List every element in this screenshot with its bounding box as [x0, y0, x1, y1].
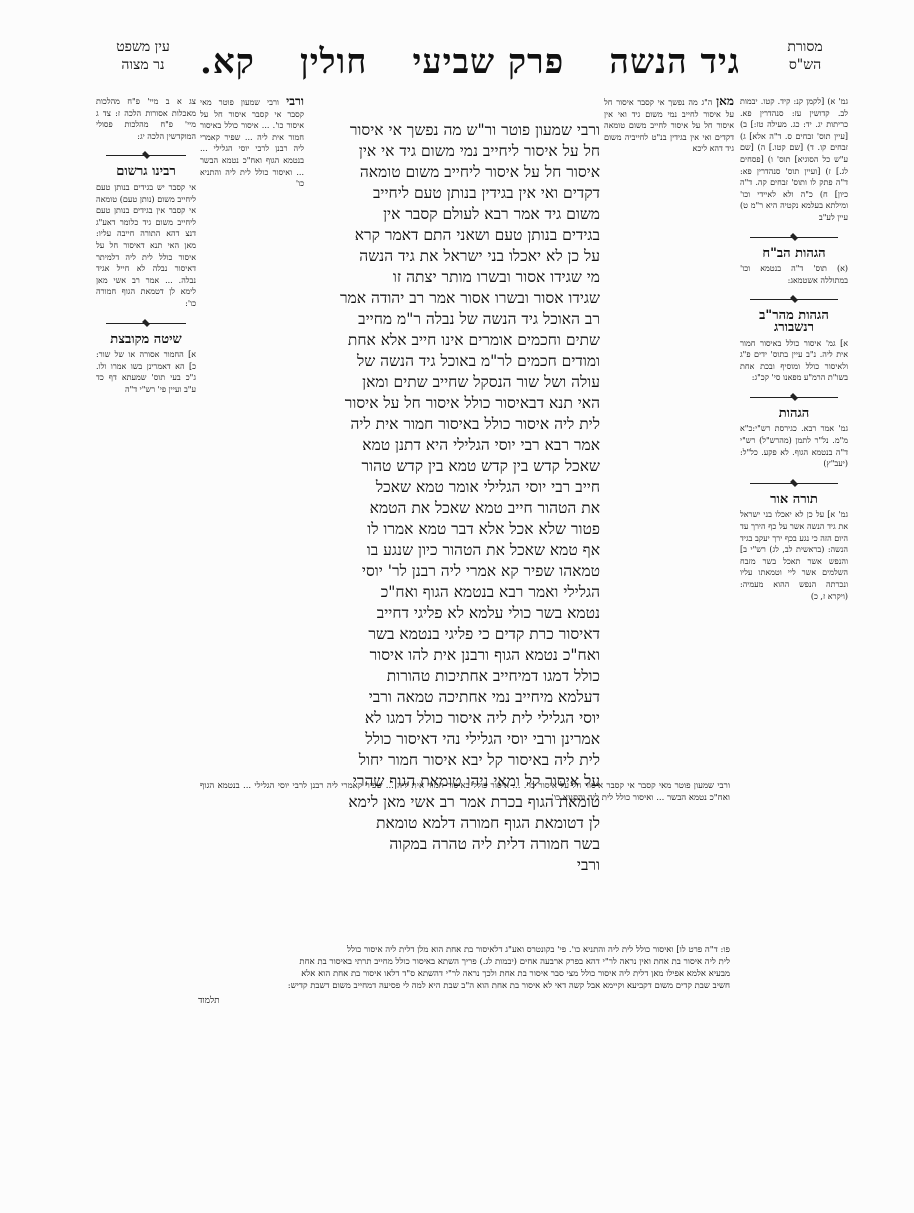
torah-or-text: גמ' א] על כן לא יאכלו בני ישראל את גיד ה… — [740, 509, 848, 602]
gemara-line: יוסי הגלילי לית ליה איסור כולל דמגו לא — [308, 708, 600, 729]
hagahot-habach-title: הגהות הב"ח — [740, 248, 848, 260]
bottom-commentary: פו: ד"ה פרט לו] ואיסור כולל לית ליה והתנ… — [196, 944, 730, 994]
bottom-line: לית ליה איסור בת אחת ואין נראה לר"י דהא … — [196, 956, 730, 968]
rabbeinu-gershom-title: רבינו גרשום — [96, 166, 196, 178]
ein-mishpat-text: צג א ב מיי' פ"ח מהלכות מאכלות אסורות הלכ… — [96, 96, 196, 142]
catchword-footer: תלמוד — [198, 995, 220, 1006]
gemara-text: ורבי שמעון פוטר ור"ש מה נפשך אי איסור חל… — [308, 120, 600, 876]
gemara-line: שתים וחכמים אומרים אינו חייב אלא אחת — [308, 330, 600, 351]
gemara-line: ומודים חכמים לר"מ באוכל גיד הנשה של — [308, 351, 600, 372]
gemara-line: אמר רבא רבי יוסי הגלילי היא דתנן טמא — [308, 435, 600, 456]
rashi-text: מאן ה"ג מה נפשך אי קסבר איסור חל על איסו… — [604, 96, 734, 155]
bottom-line: חשיב שבת קדים משום דקביעא וקיימא אבל קשה… — [196, 980, 730, 992]
masoret-title-line-2: הש"ס — [760, 56, 850, 74]
gemara-line: חל על איסור ליחייב נמי משום גיד אי אין — [308, 141, 600, 162]
gemara-line: בגידים בנותן טעם ושאני התם דאמר קרא — [308, 225, 600, 246]
gemara-line: כולל דמגו דמיחייב אחתיכות טהורות — [308, 666, 600, 687]
hagahot-habach-text: (א) תוס' ד"ה בנטמא וכו' במתוללה אשטמאג: — [740, 263, 848, 286]
gemara-line: האי תנא דבאיסור כולל איסור חל על איסור — [308, 393, 600, 414]
gemara-line: עולה ושל שור הנסקל שחייב שתים ומאן — [308, 372, 600, 393]
chapter-name: גיד הנשה — [609, 42, 740, 82]
daf-number: קא. — [200, 42, 255, 82]
bottom-line: פו: ד"ה פרט לו] ואיסור כולל לית ליה והתנ… — [196, 944, 730, 956]
masoret-title-line-1: מסורת — [760, 38, 850, 56]
gemara-line: שגידו אסור ובשרו אסור אמר רב יהודה אמר — [308, 288, 600, 309]
gemara-line: דאיסור כרת קדים כי פליגי בנטמא בשר — [308, 624, 600, 645]
ein-mishpat-title-line-2: נר מצוה — [98, 56, 188, 74]
bottom-line: מבעיא אלמא אפילו מאן דלית ליה איסור כולל… — [196, 968, 730, 980]
shita-mekubetzet-title: שיטה מקובצת — [96, 334, 196, 346]
hagahot-maharav-text: א] גמ' איסור כולל באיסור חמור אית ליה. נ… — [740, 338, 848, 384]
talmud-page: מסורת הש"ס גיד הנשה פרק שביעי חולין קא. … — [0, 0, 914, 1213]
ornament-divider — [750, 478, 838, 488]
shita-mekubetzet-text: א] החמור אסורה או של שור: כ] הא דאמרינן … — [96, 349, 196, 395]
rashi-column: מאן ה"ג מה נפשך אי קסבר איסור חל על איסו… — [604, 96, 734, 656]
gemara-line: שאכל קדש בין קדש טמא בין קדש טהור — [308, 456, 600, 477]
gemara-line: את הטהור חייב טמא שאכל את הטמא — [308, 498, 600, 519]
gemara-line: חייב רבי יוסי הגלילי אומר טמא שאכל — [308, 477, 600, 498]
torah-or-title: תורה אור — [740, 494, 848, 506]
ornament-divider — [750, 392, 838, 402]
hagahot-maharav-title: הגהות מהר"ב רנשבורג — [740, 310, 848, 333]
gemara-line: משום גיד אמר רבא לעולם קסבר אין — [308, 204, 600, 225]
gemara-line: ואח"כ נטמא הגוף ורבנן אית להו איסור — [308, 645, 600, 666]
hagahot-text: גמ' אמר רבא. כגירסת רש"י:כ"א מ"מ. נל"ר ל… — [740, 423, 848, 469]
ein-mishpat-title-line-1: עין משפט — [98, 38, 188, 56]
chapter-number: פרק שביעי — [413, 42, 565, 82]
gemara-line: על כן לא יאכלו בני ישראל את גיד הנשה — [308, 246, 600, 267]
gemara-line: הגלילי ואמר רבא בנטמא הגוף ואח"כ — [308, 582, 600, 603]
tosafot-lead-word: ורבי — [286, 96, 304, 108]
page-header: גיד הנשה פרק שביעי חולין קא. — [200, 36, 740, 88]
gemara-line: אמרינן ורבי יוסי הגלילי נהי דאיסור כולל — [308, 729, 600, 750]
gemara-line: לית ליה איסור כולל באיסור חמור אית ליה — [308, 414, 600, 435]
tosafot-column: ורבי ורבי שמעון פוטר מאי קסבר אי קסבר אי… — [200, 96, 304, 786]
tractate-name: חולין — [300, 42, 367, 82]
gemara-line: אף טמא שאכל את הטהור כיון שנגע בו — [308, 540, 600, 561]
masoret-hashas-text: גמ' א) [לקמן קנ: קיד. קטו. יבמות לב. קדו… — [740, 96, 848, 224]
tosafot-body: ורבי שמעון פוטר מאי קסבר אי קסבר איסור ח… — [200, 98, 304, 188]
lower-commentary-band: ורבי שמעון פוטר מאי קסבר אי קסבר איסור ח… — [200, 780, 730, 940]
gemara-line: ורבי שמעון פוטר ור"ש מה נפשך אי איסור — [308, 120, 600, 141]
gemara-line: פטור שלא אכל אלא דבר טמא אמרו לו — [308, 519, 600, 540]
gemara-line: טמאהו שפיר קא אמרי ליה רבנן לר' יוסי — [308, 561, 600, 582]
gemara-line: דקדים ואי אין בגידין בנותן טעם ליחייב — [308, 183, 600, 204]
gemara-line: מי שגידו אסור ובשרו מותר יצתה זו — [308, 267, 600, 288]
gemara-line: רב האוכל גיד הנשה של נבלה ר"מ מחייב — [308, 309, 600, 330]
gemara-line: דעלמא מיחייב נמי אחתיכה טמאה ורבי — [308, 687, 600, 708]
ornament-divider — [106, 150, 186, 160]
rashi-body: ה"ג מה נפשך אי קסבר איסור חל על איסור לח… — [604, 98, 734, 153]
gemara-line: נטמא בשר כולי עלמא לא פליגי דחייב — [308, 603, 600, 624]
gemara-line: איסור חל על איסור ליחייב משום טומאה — [308, 162, 600, 183]
ornament-divider — [750, 294, 838, 304]
left-margin-column: צג א ב מיי' פ"ח מהלכות מאכלות אסורות הלכ… — [96, 96, 196, 656]
rabbeinu-gershom-text: אי קסבר יש בגידים בנותן טעם ליחייב משום … — [96, 182, 196, 310]
lower-commentary-text: ורבי שמעון פוטר מאי קסבר אי קסבר איסור ח… — [200, 780, 730, 804]
tosafot-text: ורבי ורבי שמעון פוטר מאי קסבר אי קסבר אי… — [200, 96, 304, 190]
gemara-line: לית ליה באיסור קל יבא איסור חמור יחול — [308, 750, 600, 771]
ornament-divider — [750, 232, 838, 242]
ein-mishpat-title: עין משפט נר מצוה — [98, 38, 188, 90]
right-margin-column: גמ' א) [לקמן קנ: קיד. קטו. יבמות לב. קדו… — [740, 96, 848, 736]
ornament-divider — [106, 318, 186, 328]
masoret-hashas-title: מסורת הש"ס — [760, 38, 850, 90]
rashi-lead-word: מאן — [716, 96, 734, 108]
hagahot-title: הגהות — [740, 408, 848, 420]
